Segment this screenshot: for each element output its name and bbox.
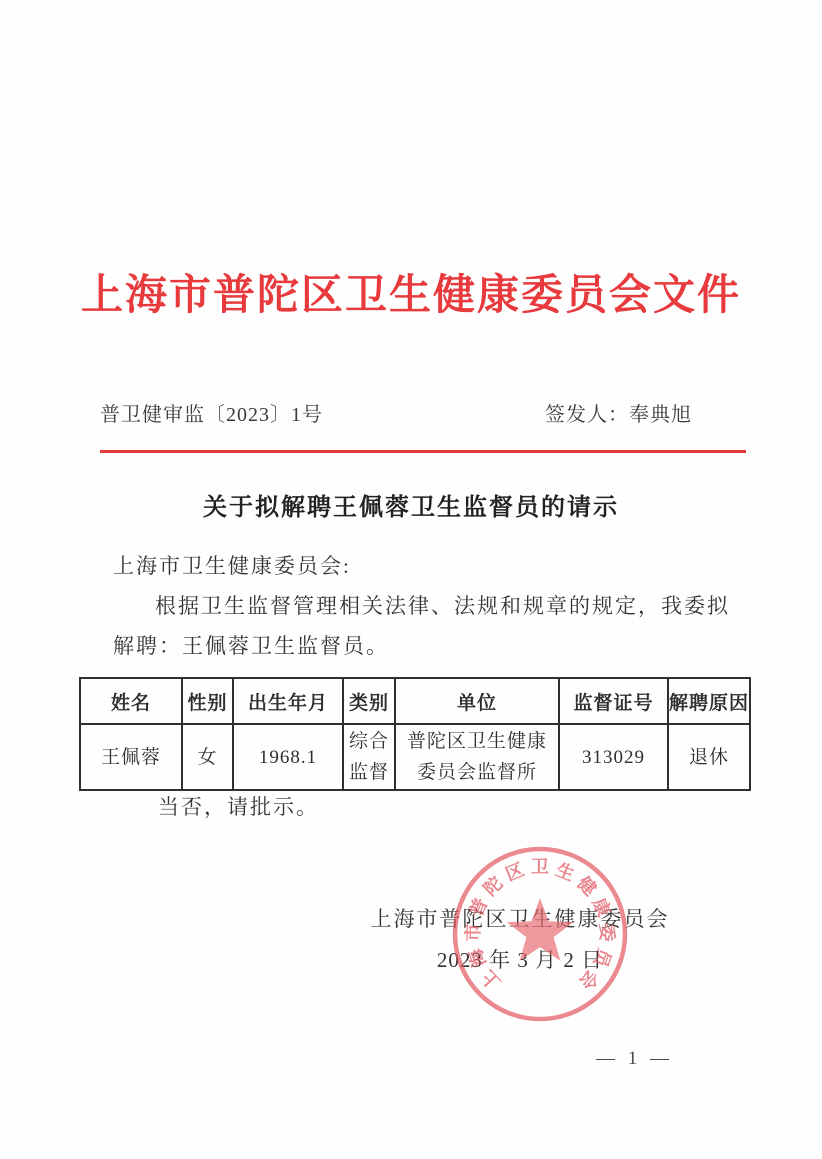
- svg-text:卫: 卫: [531, 857, 549, 877]
- header-cell-gender: 性别: [182, 678, 233, 724]
- svg-text:区: 区: [503, 859, 527, 884]
- header-cell-name: 姓名: [80, 678, 182, 724]
- cell-gender: 女: [182, 724, 233, 790]
- table-row: 王佩蓉 女 1968.1 综合 监督 普陀区卫生健康 委员会监督所 313029…: [80, 724, 750, 790]
- cell-name: 王佩蓉: [80, 724, 182, 790]
- cell-license-no: 313029: [559, 724, 668, 790]
- personnel-table: 姓名 性别 出生年月 类别 单位 监督证号 解聘原因 王佩蓉 女 1968.1 …: [79, 677, 751, 791]
- header-cell-unit: 单位: [395, 678, 559, 724]
- header-cell-category: 类别: [343, 678, 395, 724]
- cell-unit: 普陀区卫生健康 委员会监督所: [395, 724, 559, 790]
- official-seal: 上海市普陀区卫生健康委员会: [448, 842, 632, 1026]
- document-body: 上海市卫生健康委员会: 根据卫生监督管理相关法律、法规和规章的规定，我委拟解聘：…: [113, 546, 738, 666]
- header-cell-birthdate: 出生年月: [233, 678, 343, 724]
- salutation: 上海市卫生健康委员会:: [113, 546, 738, 586]
- svg-text:陀: 陀: [479, 872, 507, 900]
- body-paragraph: 根据卫生监督管理相关法律、法规和规章的规定，我委拟解聘：王佩蓉卫生监督员。: [113, 586, 738, 666]
- table-header-row: 姓名 性别 出生年月 类别 单位 监督证号 解聘原因: [80, 678, 750, 724]
- signature-date: 2023 年 3 月 2 日: [370, 944, 670, 974]
- closing-line: 当否，请批示。: [158, 791, 319, 821]
- document-number-row: 普卫健审监〔2023〕1号 签发人：奉典旭: [100, 398, 748, 427]
- signature-organization: 上海市普陀区卫生健康委员会: [370, 903, 670, 933]
- document-title: 关于拟解聘王佩蓉卫生监督员的请示: [0, 487, 822, 522]
- cell-category: 综合 监督: [343, 724, 395, 790]
- red-header-title: 上海市普陀区卫生健康委员会文件: [0, 262, 822, 322]
- document-page: 上海市普陀区卫生健康委员会文件 普卫健审监〔2023〕1号 签发人：奉典旭 关于…: [0, 0, 822, 1159]
- issuer-name: 签发人：奉典旭: [545, 398, 692, 427]
- seal-ring: [455, 849, 625, 1019]
- header-cell-license-no: 监督证号: [559, 678, 668, 724]
- page-number: — 1 —: [596, 1048, 673, 1070]
- svg-text:生: 生: [553, 858, 578, 884]
- cell-birthdate: 1968.1: [233, 724, 343, 790]
- svg-text:健: 健: [573, 871, 601, 899]
- cell-reason: 退休: [668, 724, 750, 790]
- red-separator-line: [100, 450, 746, 453]
- document-number: 普卫健审监〔2023〕1号: [100, 398, 323, 427]
- header-cell-reason: 解聘原因: [668, 678, 750, 724]
